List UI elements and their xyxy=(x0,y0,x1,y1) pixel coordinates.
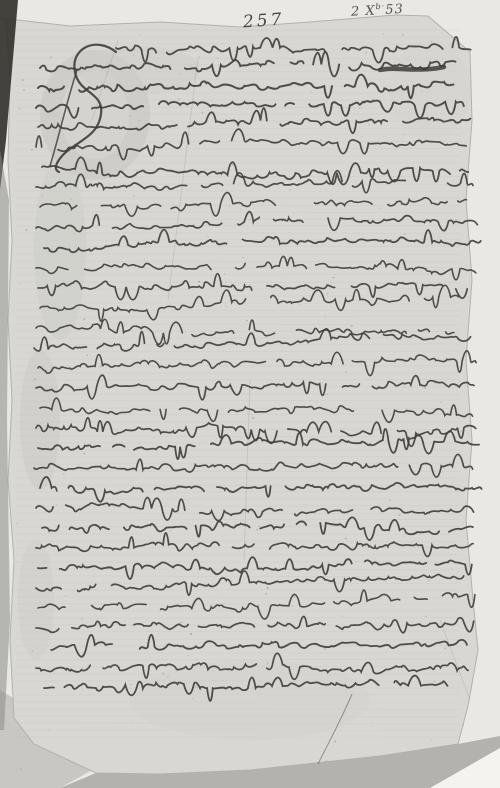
date-mark-prefix: 2 X xyxy=(351,3,376,19)
manuscript-artwork xyxy=(0,0,500,788)
manuscript-scan-page: 257 2 Xb·53 xyxy=(0,0,500,788)
date-mark: 2 Xb·53 xyxy=(351,1,405,20)
folio-number: 257 xyxy=(242,10,285,33)
date-mark-suffix: 53 xyxy=(385,2,404,18)
